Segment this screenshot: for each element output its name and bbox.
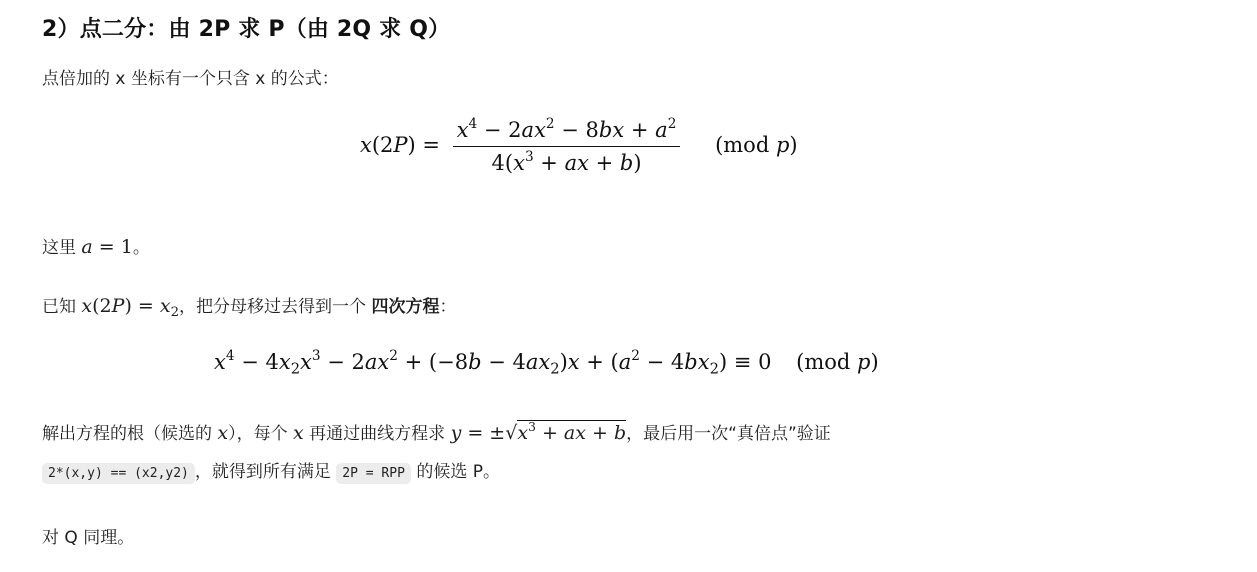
text-part1: 解出方程的根（候选的 [42, 424, 217, 444]
formula-mod: (mod p) [715, 133, 798, 157]
paragraph-verify: 2*(x,y) == (x2,y2)，就得到所有满足 2P = RPP 的候选 … [42, 460, 500, 486]
formula-quartic: x4 − 4x2x3 − 2ax2 + (−8b − 4ax2)x + (a2 … [214, 350, 879, 374]
formula-lhs-p: P [393, 133, 407, 157]
text-middle: ，就得到所有满足 [195, 462, 336, 482]
formula-mod: (mod p) [796, 350, 879, 374]
fraction-denominator: 4(x3 + ax + b) [453, 147, 681, 175]
code-2p-rpp: 2P = RPP [336, 463, 411, 484]
text-suffix: 。 [133, 238, 150, 258]
math-x: x [217, 422, 228, 444]
text-part2: ），每个 [228, 424, 293, 444]
formula-lhs-paren: (2 [372, 133, 394, 157]
section-heading: 2）点二分：由 2P 求 P（由 2Q 求 Q） [42, 12, 450, 43]
text-part4: ，最后用一次“真倍点”验证 [626, 424, 831, 444]
text-part3: 再通过曲线方程求 [304, 424, 451, 444]
math-x: x [293, 422, 304, 444]
formula-point-doubling: x(2P) = x4 − 2ax2 − 8bx + a2 4(x3 + ax +… [360, 118, 798, 175]
text-suffix: ： [439, 297, 456, 317]
paragraph-known: 已知 x(2P) = x2，把分母移过去得到一个 四次方程： [42, 294, 456, 319]
paragraph-q-likewise: 对 Q 同理。 [42, 526, 134, 550]
paragraph-intro: 点倍加的 x 坐标有一个只含 x 的公式： [42, 67, 339, 91]
math-y-equation: y = ±√x3 + ax + b [451, 422, 627, 444]
formula-lhs-eq: ) = [408, 133, 440, 157]
paragraph-solve: 解出方程的根（候选的 x），每个 x 再通过曲线方程求 y = ±√x3 + a… [42, 420, 831, 446]
fraction: x4 − 2ax2 − 8bx + a2 4(x3 + ax + b) [453, 118, 681, 175]
paragraph-a-value: 这里 a = 1。 [42, 235, 150, 260]
sqrt-radicand: x3 + ax + b [517, 420, 626, 444]
math-x2p-equals-x2: x(2P) = x2 [81, 295, 179, 317]
text-prefix: 已知 [42, 297, 81, 317]
math-a-equals-1: a = 1 [81, 236, 132, 258]
text-prefix: 这里 [42, 238, 81, 258]
fraction-numerator: x4 − 2ax2 − 8bx + a2 [453, 118, 681, 147]
text-middle: ，把分母移过去得到一个 [179, 297, 371, 317]
bold-quartic-equation: 四次方程 [371, 297, 439, 317]
formula-lhs: x [360, 133, 372, 157]
text-suffix: 的候选 P。 [411, 462, 500, 482]
code-double-check: 2*(x,y) == (x2,y2) [42, 463, 195, 484]
